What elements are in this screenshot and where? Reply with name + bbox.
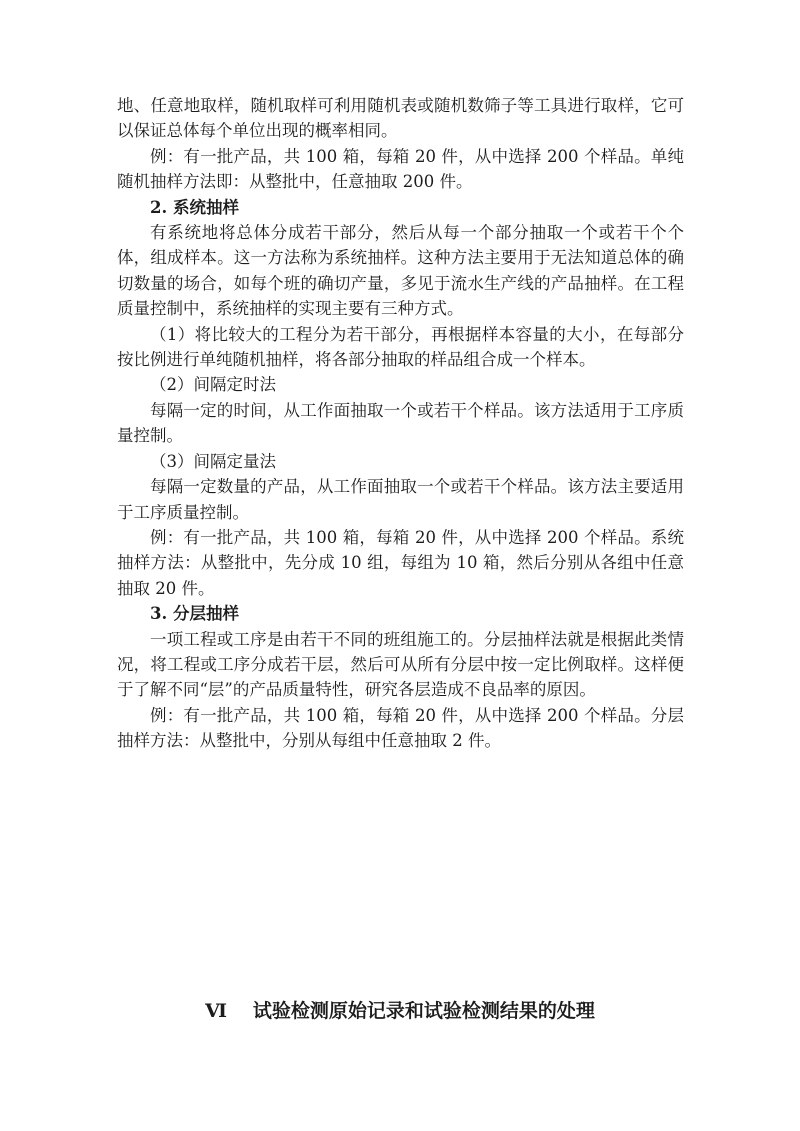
paragraph: （3）间隔定量法 — [117, 449, 684, 474]
paragraph: 每隔一定数量的产品，从工作面抽取一个或若干个样品。该方法主要适用于工序质量控制。 — [117, 474, 684, 525]
paragraph: 每隔一定的时间，从工作面抽取一个或若干个样品。该方法适用于工序质量控制。 — [117, 398, 684, 449]
paragraph: （1）将比较大的工程分为若干部分，再根据样本容量的大小，在每部分按比例进行单纯随… — [117, 322, 684, 373]
paragraph: 地、任意地取样，随机取样可利用随机表或随机数筛子等工具进行取样，它可以保证总体每… — [117, 93, 684, 144]
paragraph: 例：有一批产品，共 100 箱，每箱 20 件，从中选择 200 个样品。系统抽… — [117, 525, 684, 601]
paragraph: （2）间隔定时法 — [117, 372, 684, 397]
chapter-title: 试验检测原始记录和试验检测结果的处理 — [253, 1000, 595, 1022]
body-text-block: 地、任意地取样，随机取样可利用随机表或随机数筛子等工具进行取样，它可以保证总体每… — [117, 93, 684, 754]
chapter-numeral: Ⅵ — [205, 997, 228, 1025]
paragraph: 例：有一批产品，共 100 箱，每箱 20 件，从中选择 200 个样品。单纯随… — [117, 144, 684, 195]
chapter-heading: Ⅵ试验检测原始记录和试验检测结果的处理 — [0, 997, 800, 1025]
paragraph: 有系统地将总体分成若干部分，然后从每一个部分抽取一个或若干个个体，组成样本。这一… — [117, 220, 684, 322]
paragraph: 例：有一批产品，共 100 箱，每箱 20 件，从中选择 200 个样品。分层抽… — [117, 703, 684, 754]
section-heading-stratified-sampling: 3. 分层抽样 — [117, 601, 684, 626]
section-heading-systematic-sampling: 2. 系统抽样 — [117, 195, 684, 220]
paragraph: 一项工程或工序是由若干不同的班组施工的。分层抽样法就是根据此类情况，将工程或工序… — [117, 627, 684, 703]
document-page: 地、任意地取样，随机取样可利用随机表或随机数筛子等工具进行取样，它可以保证总体每… — [0, 0, 800, 1131]
